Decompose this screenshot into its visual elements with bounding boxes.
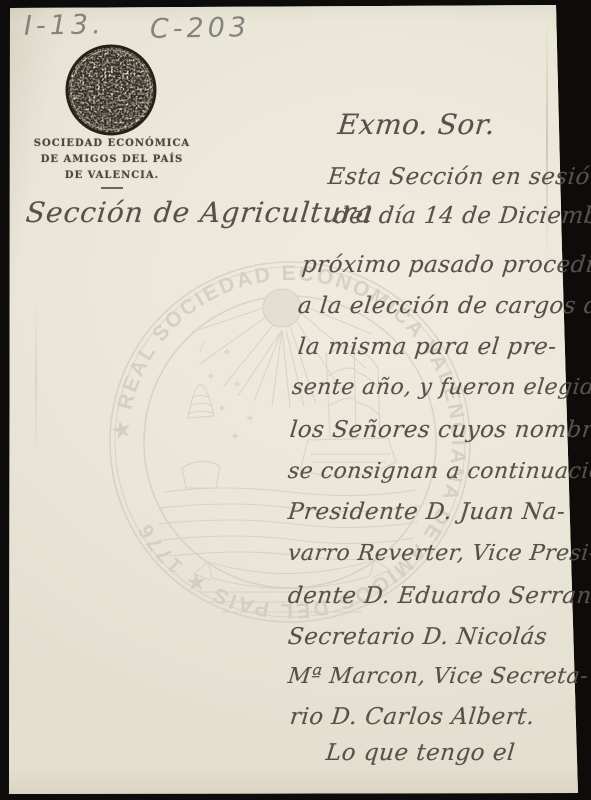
body-line: sente año, y fueron elegidos (291, 375, 591, 400)
letterhead-line1: SOCIEDAD ECONÓMICA (34, 138, 190, 149)
body-line: Esta Sección en sesión (327, 164, 591, 190)
body-line: a la elección de cargos de (297, 293, 591, 319)
paper-crease (546, 20, 548, 260)
body-line: Lo que tengo el (325, 740, 517, 766)
scan-frame: ★ REAL SOCIEDAD ECONOMICA VALENCIANA DE … (0, 0, 591, 800)
body-line: los Señores cuyos nombres (289, 417, 591, 443)
body-line: dente D. Eduardo Serrano (287, 583, 591, 609)
archival-code-left: I-13. (24, 9, 105, 41)
letterhead-rule (101, 187, 123, 189)
inked-seal-stamp (58, 42, 164, 142)
salutation: Exmo. Sor. (336, 108, 497, 141)
body-line: rio D. Carlos Albert. (289, 704, 536, 730)
letterhead-line2: DE AMIGOS DEL PAÍS (41, 154, 184, 165)
archival-code-right: C-203 (150, 12, 251, 45)
body-line: del día 14 de Diciembre (333, 203, 591, 229)
paper-crease (35, 300, 37, 460)
body-line: se consignan a continuación (287, 459, 591, 484)
letterhead: SOCIEDAD ECONÓMICA DE AMIGOS DEL PAÍS DE… (28, 136, 196, 189)
letterhead-line3: DE VALENCIA. (65, 170, 159, 181)
body-line: Secretario D. Nicolás (287, 624, 549, 650)
body-line: Presidente D. Juan Na- (287, 499, 567, 525)
body-line: Mª Marcon, Vice Secreta- (287, 664, 590, 689)
body-line: la misma para el pre- (297, 334, 558, 360)
body-line: varro Reverter, Vice Presi- (287, 541, 591, 566)
section-heading: Sección de Agricultura (24, 196, 375, 229)
